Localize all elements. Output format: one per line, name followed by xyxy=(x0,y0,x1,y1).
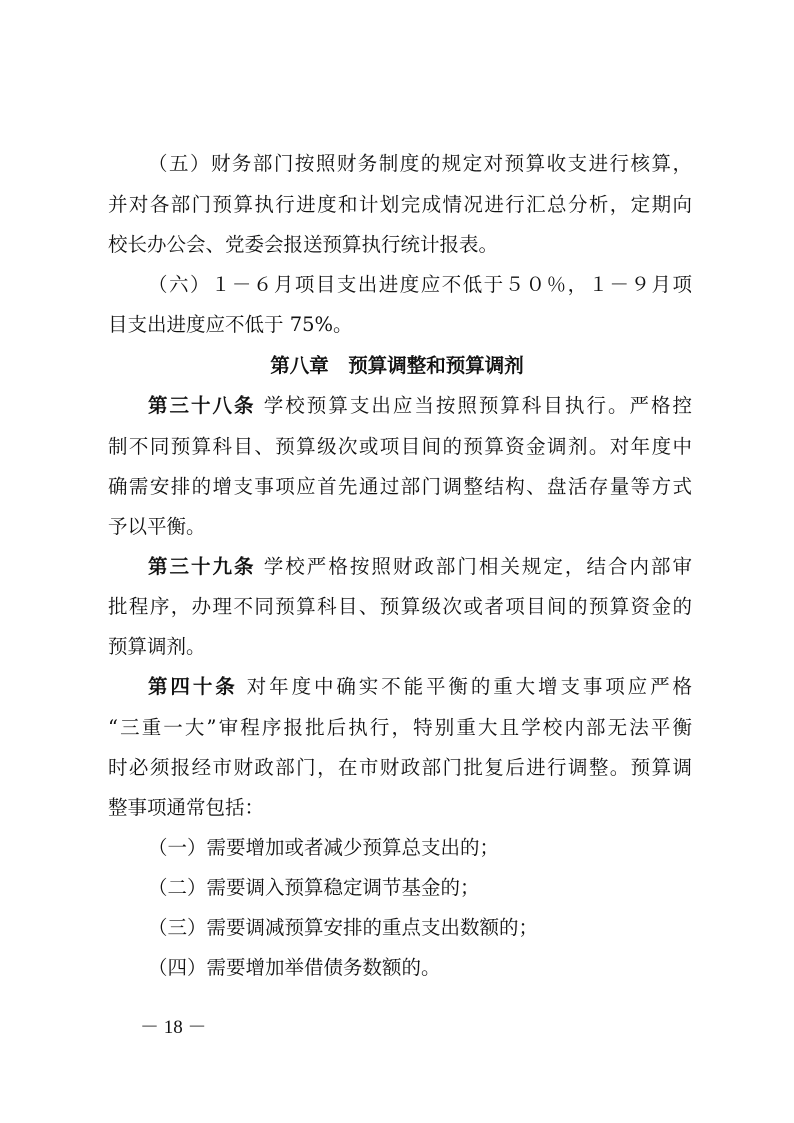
list-item: （三）需要调减预算安排的重点支出数额的； xyxy=(148,916,692,940)
page-number: － 18 － xyxy=(140,1016,207,1040)
paragraph-line: 预算调剂。 xyxy=(108,635,692,659)
article-title: 第四十条 xyxy=(148,675,238,698)
paragraph-line: 批程序，办理不同预算科目、预算级次或者项目间的预算资金的 xyxy=(108,595,692,619)
article-text: 对年度中确实不能平衡的重大增支事项应严格 xyxy=(247,675,692,698)
paragraph-line: 确需安排的增支事项应首先通过部门调整结构、盘活存量等方式 xyxy=(108,475,692,499)
paragraph-line: 整事项通常包括： xyxy=(108,796,692,820)
article-text: 学校预算支出应当按照预算科目执行。严格控 xyxy=(264,394,692,417)
article-first-line: 第三十八条 学校预算支出应当按照预算科目执行。严格控 xyxy=(148,394,692,418)
article-text: 学校严格按照财政部门相关规定，结合内部审 xyxy=(264,555,692,578)
article-first-line: 第三十九条 学校严格按照财政部门相关规定，结合内部审 xyxy=(148,555,692,579)
list-item: （四）需要增加举借债务数额的。 xyxy=(148,956,692,980)
paragraph-line: （六）１－６月项目支出进度应不低于５０％，１－９月项 xyxy=(148,273,692,297)
document-page: （五）财务部门按照财务制度的规定对预算收支进行核算， 并对各部门预算执行进度和计… xyxy=(0,0,794,1123)
paragraph-line: 时必须报经市财政部门，在市财政部门批复后进行调整。预算调 xyxy=(108,756,692,780)
list-item: （一）需要增加或者减少预算总支出的； xyxy=(148,836,692,860)
article-title: 第三十八条 xyxy=(148,394,256,417)
paragraph-line: （五）财务部门按照财务制度的规定对预算收支进行核算， xyxy=(148,152,692,176)
article-first-line: 第四十条 对年度中确实不能平衡的重大增支事项应严格 xyxy=(148,675,692,699)
list-item: （二）需要调入预算稳定调节基金的； xyxy=(148,876,692,900)
paragraph-line: 校长办公会、党委会报送预算执行统计报表。 xyxy=(108,233,692,257)
paragraph-line: 予以平衡。 xyxy=(108,515,692,539)
paragraph-line: “三重一大”审程序报批后执行，特别重大且学校内部无法平衡 xyxy=(108,716,692,740)
paragraph-line: 制不同预算科目、预算级次或项目间的预算资金调剂。对年度中 xyxy=(108,435,692,459)
article-title: 第三十九条 xyxy=(148,555,256,578)
paragraph-line: 并对各部门预算执行进度和计划完成情况进行汇总分析，定期向 xyxy=(108,193,692,217)
paragraph-line: 目支出进度应不低于 75%。 xyxy=(108,313,692,337)
chapter-heading: 第八章 预算调整和预算调剂 xyxy=(0,354,794,378)
